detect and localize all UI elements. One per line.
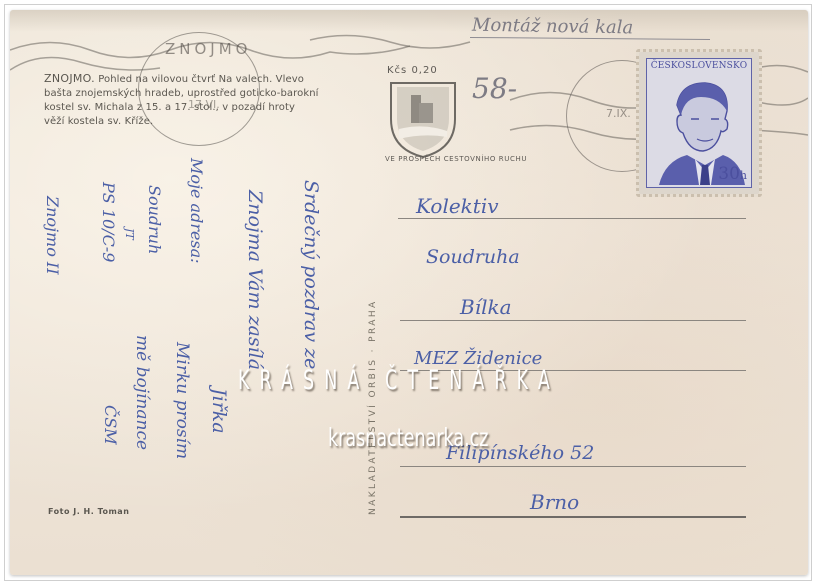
pencil-note: Montáž nová kala [472,15,634,39]
address-line [400,320,746,321]
charity-imprint: Kčs 0,20 VE PROSPĚCH CESTOVNÍHO RUCHU [375,65,485,175]
caption-line: kostel sv. Michala z 15. a 17. stol., v … [44,102,295,113]
postmark-city: ZNOJMO [165,40,251,58]
sender-label: Moje adresa: [187,158,206,264]
watermark-title: KRÁSNÁ ČTENÁŘKA [238,365,560,396]
stamp-value-number: 30 [718,164,740,184]
pencil-price: 58- [472,72,517,105]
address-line [398,218,746,219]
stamp-country: ČESKOSLOVENSKO [647,61,751,71]
castle-emblem-icon [383,79,463,159]
charity-value: Kčs 0,20 [387,65,438,76]
caption-line: bašta znojemských hradeb, uprostřed goti… [44,88,319,99]
address-line-3: Bílka [460,295,512,319]
publisher-imprint: NAKLADATELSTVÍ ORBIS · PRAHA [368,299,378,515]
sender-line-3: PS 10/C-9 [99,182,118,262]
address-line-6: Brno [530,490,579,514]
address-line [400,466,746,467]
message-line-1: Srdečný pozdrav ze [300,180,322,369]
watermark-url: krasnactenarka.cz [328,423,489,452]
stamp-face: ČESKOSLOVENSKO 30h [646,58,752,188]
postmark-date-right: 7.IX. [606,107,631,120]
message-line-2: Znojma Vám zasílá [244,190,266,370]
caption-line: Pohled na vilovou čtvrť Na valech. Vlevo [98,74,304,85]
address-line [400,516,746,518]
stamp-value: 30h [718,164,747,184]
photo-credit: Foto J. H. Toman [48,507,129,516]
sender-line-1: Soudruh [145,185,164,254]
caption-line: věží kostela sv. Kříže. [44,116,153,127]
postcard: ZNOJMO 17.VI. 7.IX. ZNOJMO. Pohled na vi… [10,10,808,575]
charity-text: VE PROSPĚCH CESTOVNÍHO RUCHU [385,155,527,163]
message-line-5: ČSM [101,405,120,445]
caption-heading: ZNOJMO. [44,72,95,85]
message-line-3: Mirku prosím [172,342,192,459]
stamp-value-unit: h [740,169,747,182]
sender-line-4: Znojmo II [43,196,62,275]
address-line-2: Soudruha [426,246,520,268]
sender-line-2: JT [123,228,136,240]
message-line-4: mě bojínance [132,335,152,450]
message-signature: Jiřka [208,388,230,434]
address-line-1: Kolektiv [416,194,499,218]
postcard-caption: ZNOJMO. Pohled na vilovou čtvrť Na valec… [44,72,374,129]
postage-stamp: ČESKOSLOVENSKO 30h [639,52,759,194]
